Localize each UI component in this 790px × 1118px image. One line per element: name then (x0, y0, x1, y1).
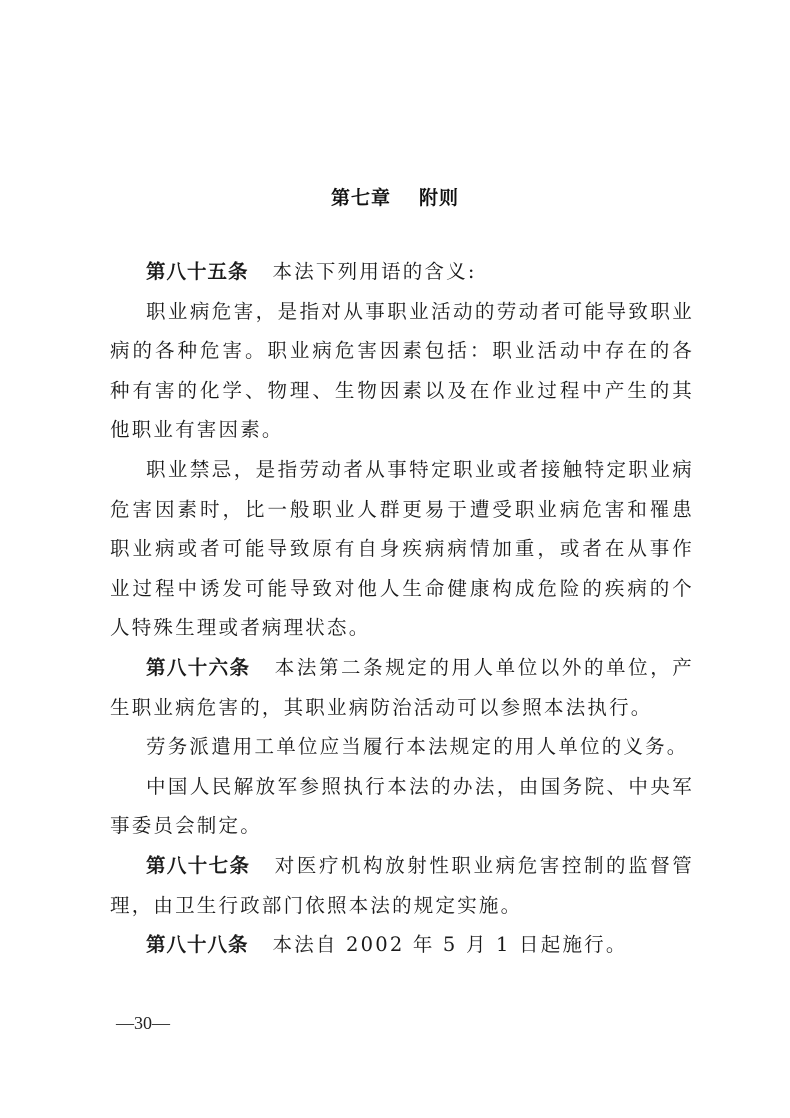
article-label: 第八十五条 (146, 260, 249, 283)
article-88: 第八十八条本法自 2002 年 5 月 1 日起施行。 (110, 925, 694, 965)
paragraph: 中国人民解放军参照执行本法的办法，由国务院、中央军事委员会制定。 (110, 767, 694, 846)
article-87: 第八十七条对医疗机构放射性职业病危害控制的监督管理，由卫生行政部门依照本法的规定… (110, 846, 694, 925)
article-text: 本法下列用语的含义: (273, 260, 477, 283)
chapter-number: 第七章 (331, 187, 391, 209)
article-label: 第八十六条 (146, 656, 250, 679)
article-label: 第八十八条 (146, 933, 249, 956)
paragraph: 劳务派遣用工单位应当履行本法规定的用人单位的义务。 (110, 727, 694, 767)
article-85: 第八十五条本法下列用语的含义: (110, 252, 694, 292)
chapter-heading: 第七章附则 (0, 183, 790, 210)
document-page: 第七章附则 第八十五条本法下列用语的含义: 职业病危害，是指对从事职业活动的劳动… (0, 0, 790, 1118)
chapter-title: 附则 (419, 187, 459, 209)
article-86: 第八十六条本法第二条规定的用人单位以外的单位，产生职业病危害的，其职业病防治活动… (110, 648, 694, 727)
paragraph: 职业禁忌，是指劳动者从事特定职业或者接触特定职业病危害因素时，比一般职业人群更易… (110, 450, 694, 648)
document-body: 第八十五条本法下列用语的含义: 职业病危害，是指对从事职业活动的劳动者可能导致职… (110, 252, 694, 965)
article-text: 本法自 2002 年 5 月 1 日起施行。 (273, 933, 628, 956)
article-label: 第八十七条 (146, 854, 250, 877)
page-number: —30— (116, 1013, 170, 1034)
paragraph: 职业病危害，是指对从事职业活动的劳动者可能导致职业病的各种危害。职业病危害因素包… (110, 292, 694, 450)
